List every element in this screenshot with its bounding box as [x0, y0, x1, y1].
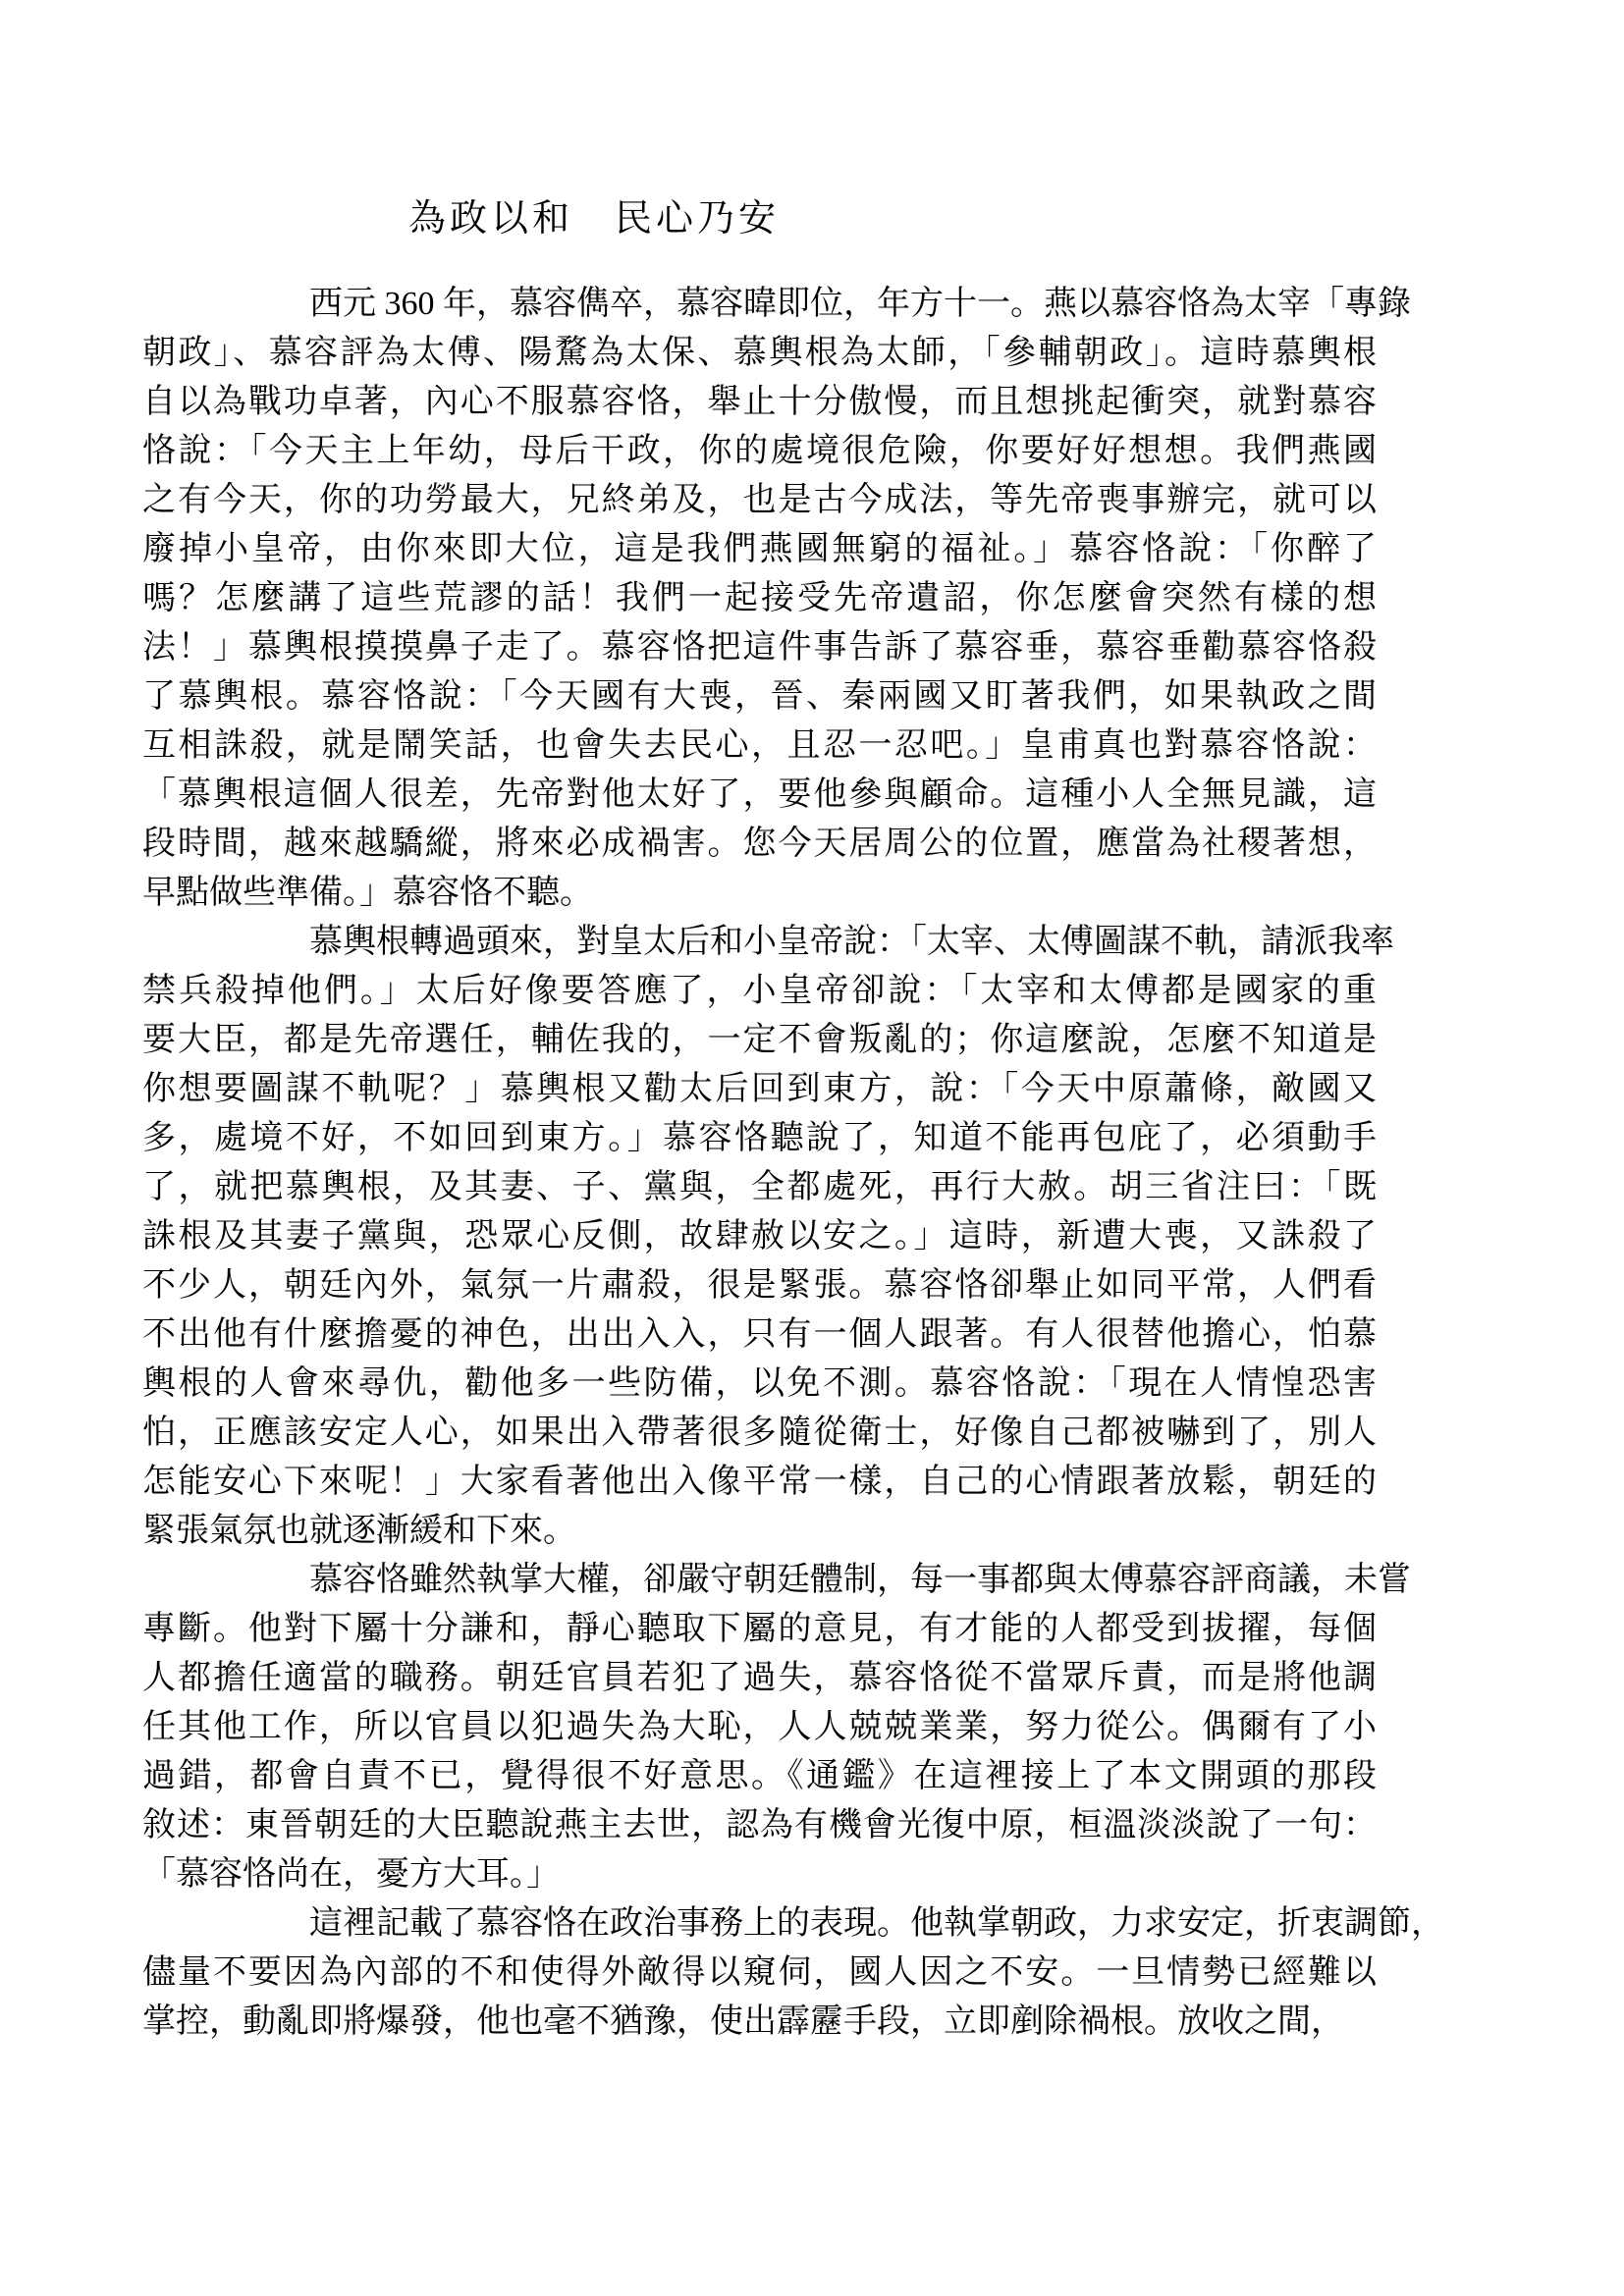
text-line: 人都擔任適當的職務。朝廷官員若犯了過失，慕容恪從不當眾斥責，而是將他調: [142, 1654, 1377, 1703]
text-line: 不出他有什麼擔憂的神色，出出入入，只有一個人跟著。有人很替他擔心，怕慕: [142, 1310, 1377, 1360]
text-line: 禁兵殺掉他們。」太后好像要答應了，小皇帝卻說：「太宰和太傅都是國家的重: [142, 967, 1377, 1016]
body-text: 西元 360 年，慕容儁卒，慕容暐即位，年方十一。燕以慕容恪為太宰「專錄朝政」、…: [142, 280, 1377, 2047]
text-line: 之有今天，你的功勞最大，兄終弟及，也是古今成法，等先帝喪事辦完，就可以: [142, 476, 1377, 525]
text-line: 了，就把慕輿根，及其妻、子、黨與，全都處死，再行大赦。胡三省注曰：「既: [142, 1163, 1377, 1212]
text-line: 敘述：東晉朝廷的大臣聽說燕主去世，認為有機會光復中原，桓溫淡淡說了一句：: [142, 1801, 1377, 1850]
document-title: 為政以和 民心乃安: [408, 194, 780, 243]
text-line: 怎能安心下來呢！」大家看著他出入像平常一樣，自己的心情跟著放鬆，朝廷的: [142, 1458, 1377, 1507]
text-line: 慕輿根轉過頭來，對皇太后和小皇帝說：「太宰、太傅圖謀不軌，請派我率: [142, 918, 1377, 967]
text-line: 朝政」、慕容評為太傅、陽騖為太保、慕輿根為太師，「參輔朝政」。這時慕輿根: [142, 329, 1377, 378]
text-line: 任其他工作，所以官員以犯過失為大恥，人人兢兢業業，努力從公。偶爾有了小: [142, 1703, 1377, 1752]
text-line: 不少人，朝廷內外，氣氛一片肅殺，很是緊張。慕容恪卻舉止如同平常，人們看: [142, 1261, 1377, 1310]
text-line: 互相誅殺，就是鬧笑話，也會失去民心，且忍一忍吧。」皇甫真也對慕容恪說：: [142, 721, 1377, 771]
text-line: 慕容恪雖然執掌大權，卻嚴守朝廷體制，每一事都與太傅慕容評商議，未嘗: [142, 1556, 1377, 1605]
text-line: 恪說：「今天主上年幼，母后干政，你的處境很危險，你要好好想想。我們燕國: [142, 427, 1377, 476]
text-line: 了慕輿根。慕容恪說：「今天國有大喪，晉、秦兩國又盯著我們，如果執政之間: [142, 672, 1377, 721]
text-line: 你想要圖謀不軌呢？」慕輿根又勸太后回到東方，說：「今天中原蕭條，敵國又: [142, 1065, 1377, 1114]
text-line: 專斷。他對下屬十分謙和，靜心聽取下屬的意見，有才能的人都受到拔擢，每個: [142, 1605, 1377, 1654]
text-line: 輿根的人會來尋仇，勸他多一些防備，以免不測。慕容恪說：「現在人情惶恐害: [142, 1360, 1377, 1409]
text-line: 廢掉小皇帝，由你來即大位，這是我們燕國無窮的福祉。」慕容恪說：「你醉了: [142, 525, 1377, 574]
text-line: 西元 360 年，慕容儁卒，慕容暐即位，年方十一。燕以慕容恪為太宰「專錄: [142, 280, 1377, 329]
document-page: 為政以和 民心乃安 西元 360 年，慕容儁卒，慕容暐即位，年方十一。燕以慕容恪…: [0, 0, 1624, 2296]
paragraph: 這裡記載了慕容恪在政治事務上的表現。他執掌朝政，力求安定，折衷調節，儘量不要因為…: [142, 1899, 1377, 2047]
text-line: 過錯，都會自責不已，覺得很不好意思。《通鑑》在這裡接上了本文開頭的那段: [142, 1752, 1377, 1801]
paragraph: 慕容恪雖然執掌大權，卻嚴守朝廷體制，每一事都與太傅慕容評商議，未嘗專斷。他對下屬…: [142, 1556, 1377, 1899]
text-line: 掌控，動亂即將爆發，他也毫不猶豫，使出霹靂手段，立即剷除禍根。放收之間，: [142, 1998, 1377, 2047]
text-line: 怕，正應該安定人心，如果出入帶著很多隨從衛士，好像自己都被嚇到了，別人: [142, 1409, 1377, 1458]
text-line: 段時間，越來越驕縱，將來必成禍害。您今天居周公的位置，應當為社稷著想，: [142, 820, 1377, 869]
text-line: 儘量不要因為內部的不和使得外敵得以窺伺，國人因之不安。一旦情勢已經難以: [142, 1949, 1377, 1998]
text-line: 要大臣，都是先帝選任，輔佐我的，一定不會叛亂的；你這麼說，怎麼不知道是: [142, 1016, 1377, 1065]
text-line: 誅根及其妻子黨與，恐眾心反側，故肆赦以安之。」這時，新遭大喪，又誅殺了: [142, 1212, 1377, 1261]
text-line: 自以為戰功卓著，內心不服慕容恪，舉止十分傲慢，而且想挑起衝突，就對慕容: [142, 378, 1377, 427]
paragraph: 西元 360 年，慕容儁卒，慕容暐即位，年方十一。燕以慕容恪為太宰「專錄朝政」、…: [142, 280, 1377, 918]
text-line: 多，處境不好，不如回到東方。」慕容恪聽說了，知道不能再包庇了，必須動手: [142, 1114, 1377, 1163]
text-line: 嗎？怎麼講了這些荒謬的話！我們一起接受先帝遺詔，你怎麼會突然有樣的想: [142, 574, 1377, 623]
text-line: 法！」慕輿根摸摸鼻子走了。慕容恪把這件事告訴了慕容垂，慕容垂勸慕容恪殺: [142, 623, 1377, 672]
text-line: 「慕輿根這個人很差，先帝對他太好了，要他參與顧命。這種小人全無見識，這: [142, 771, 1377, 820]
text-line: 早點做些準備。」慕容恪不聽。: [142, 869, 1377, 918]
text-line: 緊張氣氛也就逐漸緩和下來。: [142, 1507, 1377, 1556]
text-line: 這裡記載了慕容恪在政治事務上的表現。他執掌朝政，力求安定，折衷調節，: [142, 1899, 1377, 1949]
text-line: 「慕容恪尚在，憂方大耳。」: [142, 1850, 1377, 1899]
paragraph: 慕輿根轉過頭來，對皇太后和小皇帝說：「太宰、太傅圖謀不軌，請派我率禁兵殺掉他們。…: [142, 918, 1377, 1556]
